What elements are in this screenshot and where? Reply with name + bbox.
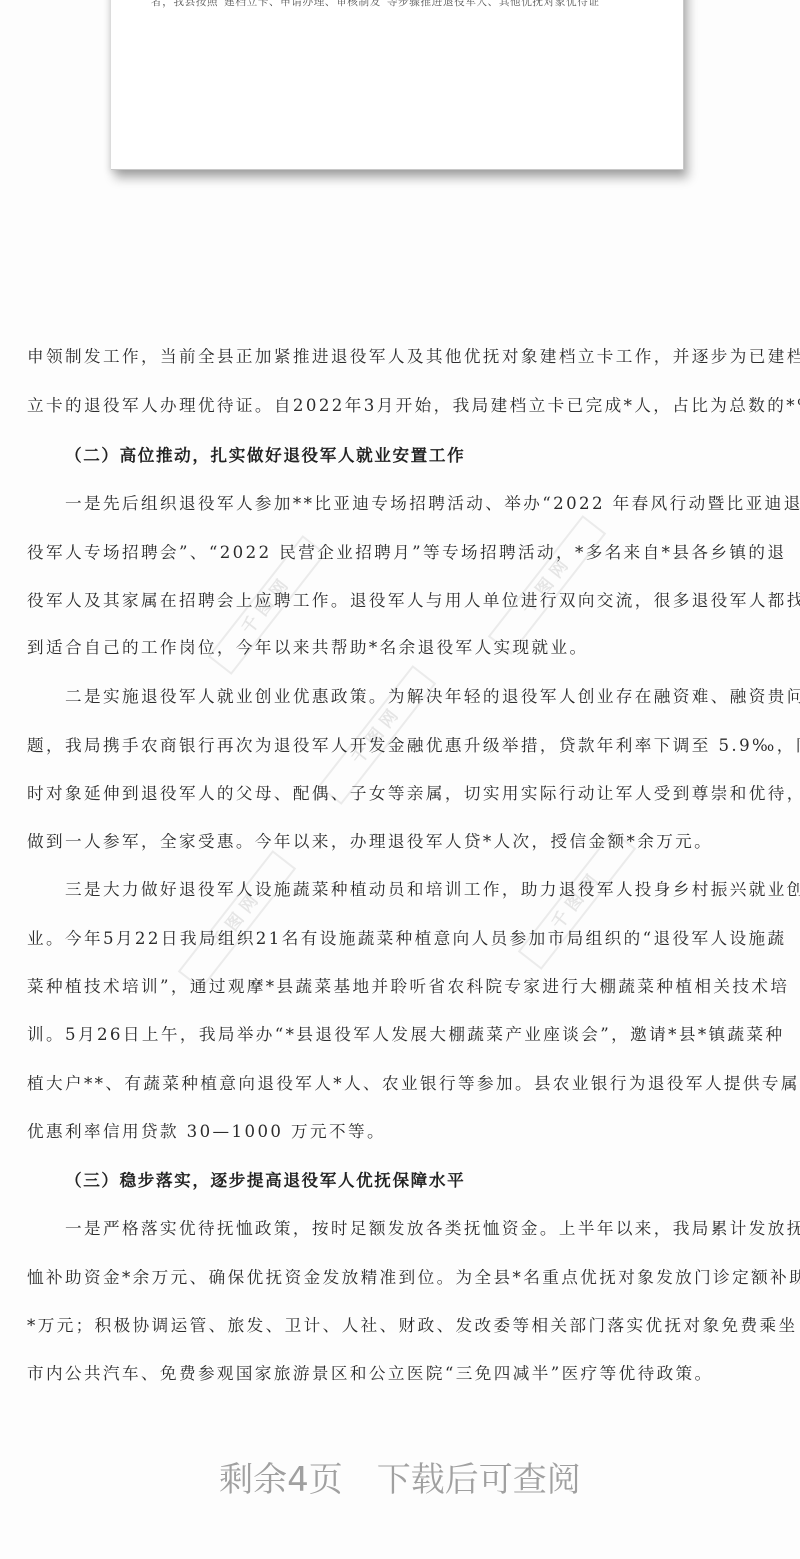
remaining-pages-download-prompt[interactable]: 剩余4页 下载后可查阅 — [0, 1458, 800, 1502]
paragraph-line: 市内公共汽车、免费参观国家旅游景区和公立医院“三免四减半”医疗等优待政策。 — [27, 1362, 773, 1386]
paragraph-line: 二是实施退役军人就业创业优惠政策。为解决年轻的退役军人创业存在融资难、融资贵问 — [65, 685, 773, 709]
paragraph-line: 训。5月26日上午，我局举办“*县退役军人发展大棚蔬菜产业座谈会”，邀请*县*镇… — [27, 1023, 773, 1047]
paragraph-line: 到适合自己的工作岗位，今年以来共帮助*名余退役军人实现就业。 — [27, 636, 773, 660]
preview-page-text: 者，我县按照“建档立卡、申请办理、审核制发”等步骤推进退役军人、其他优抚对象优待… — [151, 0, 651, 8]
paragraph-line: 申领制发工作，当前全县正加紧推进退役军人及其他优抚对象建档立卡工作，并逐步为已建… — [27, 345, 773, 369]
paragraph-line: 菜种植技术培训”，通过观摩*县蔬菜基地并聆听省农科院专家进行大棚蔬菜种植相关技术… — [27, 975, 773, 999]
section-heading-2: （二）高位推动，扎实做好退役军人就业安置工作 — [65, 443, 465, 467]
paragraph-line: 役军人及其家属在招聘会上应聘工作。退役军人与用人单位进行双向交流，很多退役军人都… — [27, 589, 773, 613]
preview-page-card: 者，我县按照“建档立卡、申请办理、审核制发”等步骤推进退役军人、其他优抚对象优待… — [111, 0, 684, 170]
paragraph-line: 题，我局携手农商银行再次为退役军人开发金融优惠升级举措，贷款年利率下调至 5.9… — [27, 734, 773, 758]
watermark: 千图网 — [488, 515, 606, 655]
section-heading-3: （三）稳步落实，逐步提高退役军人优抚保障水平 — [65, 1168, 465, 1192]
paragraph-line: 优惠利率信用贷款 30—1000 万元不等。 — [27, 1120, 773, 1144]
watermark: 千图网 — [178, 850, 296, 990]
paragraph-line: 一是严格落实优待抚恤政策，按时足额发放各类抚恤资金。上半年以来，我局累计发放抚 — [65, 1217, 773, 1241]
paragraph-line: 时对象延伸到退役军人的父母、配偶、子女等亲属，切实用实际行动让军人受到尊崇和优待… — [27, 782, 773, 806]
paragraph-line: 恤补助资金*余万元、确保优抚资金发放精准到位。为全县*名重点优抚对象发放门诊定额… — [27, 1266, 773, 1290]
paragraph-line: 立卡的退役军人办理优待证。自2022年3月开始，我局建档立卡已完成*人，占比为总… — [27, 394, 773, 418]
paragraph-line: 三是大力做好退役军人设施蔬菜种植动员和培训工作，助力退役军人投身乡村振兴就业创 — [65, 878, 773, 902]
paragraph-line: 一是先后组织退役军人参加**比亚迪专场招聘活动、举办“2022 年春风行动暨比亚… — [65, 492, 773, 516]
paragraph-line: 植大户**、有蔬菜种植意向退役军人*人、农业银行等参加。县农业银行为退役军人提供… — [27, 1072, 773, 1096]
paragraph-line: *万元；积极协调运管、旅发、卫计、人社、财政、发改委等相关部门落实优抚对象免费乘… — [27, 1314, 773, 1338]
paragraph-line: 役军人专场招聘会”、“2022 民营企业招聘月”等专场招聘活动，*多名来自*县各… — [27, 541, 773, 565]
paragraph-line: 做到一人参军，全家受惠。今年以来，办理退役军人贷*人次，授信金额*余万元。 — [27, 830, 773, 854]
paragraph-line: 业。今年5月22日我局组织21名有设施蔬菜种植意向人员参加市局组织的“退役军人设… — [27, 927, 773, 951]
